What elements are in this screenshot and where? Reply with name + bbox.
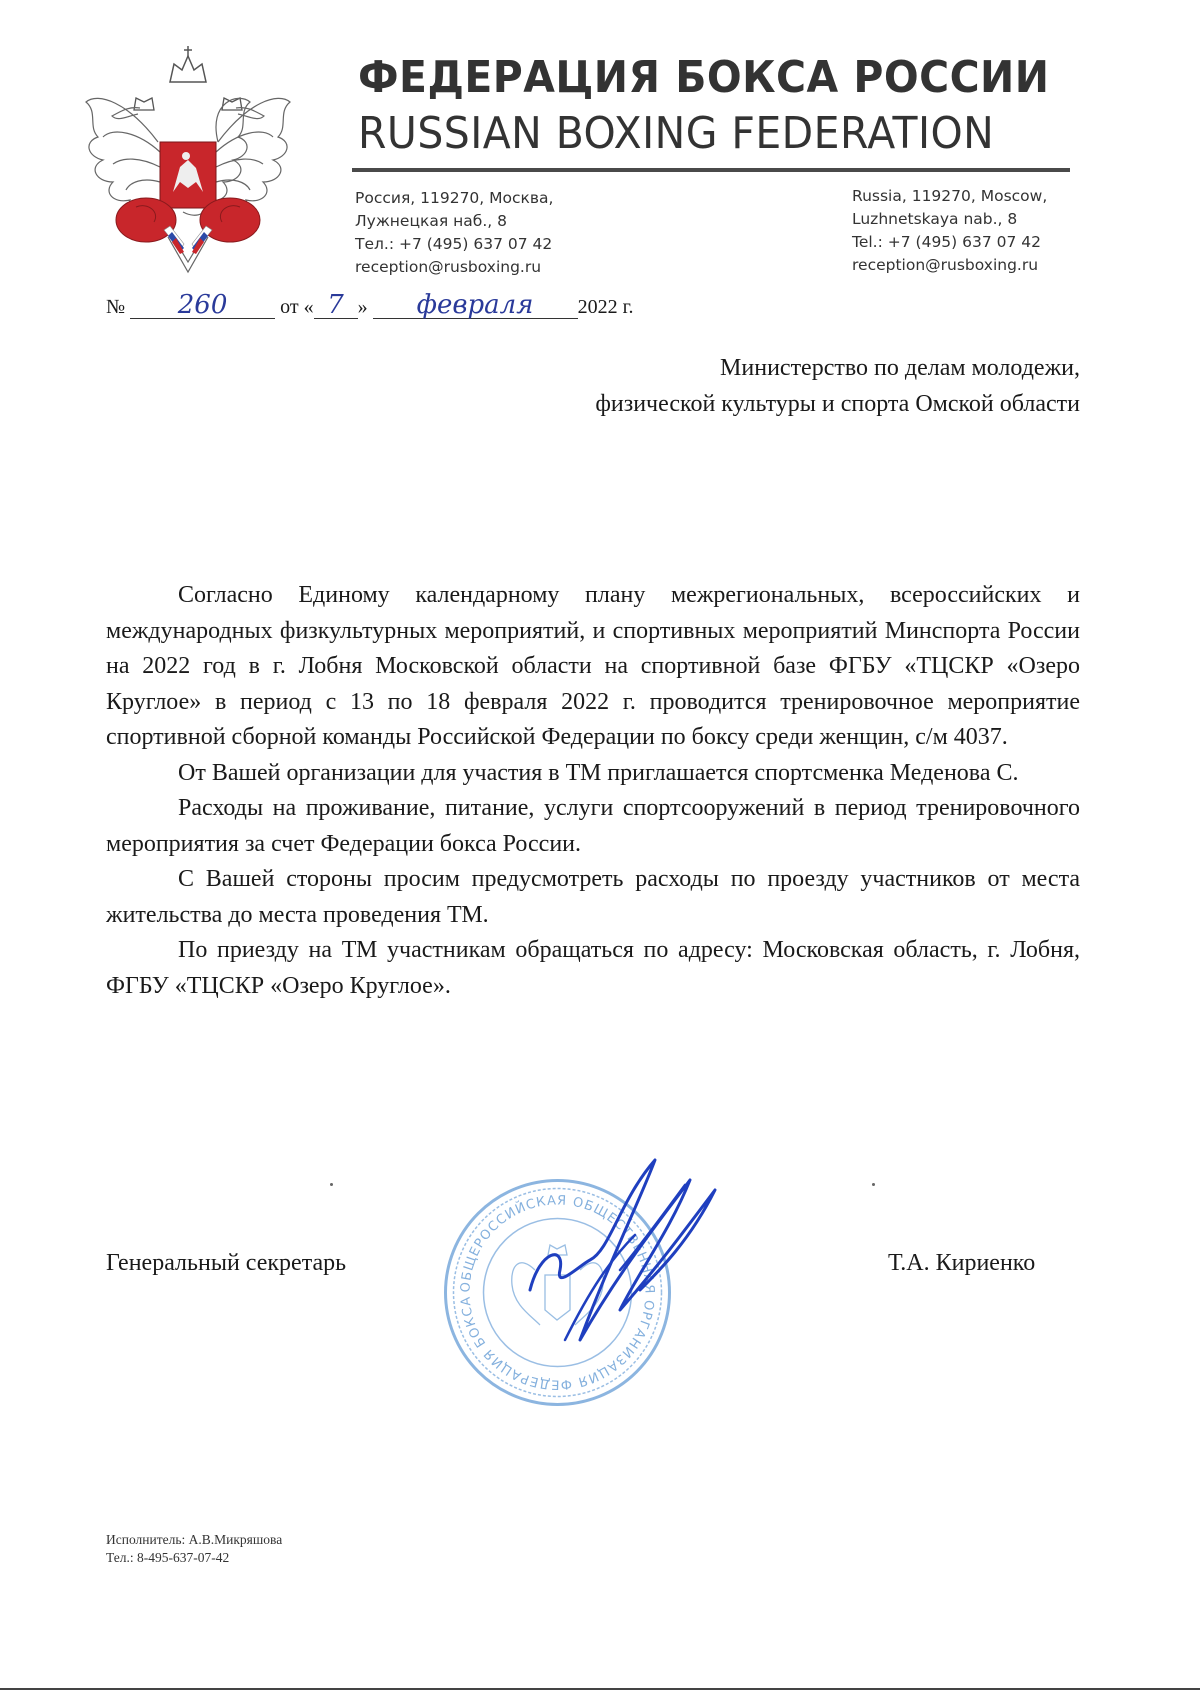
address-en-email: reception@rusboxing.ru: [852, 254, 1047, 277]
double-headed-eagle-boxing-emblem-icon: [68, 42, 308, 277]
address-ru: Россия, 119270, Москва, Лужнецкая наб., …: [355, 187, 553, 279]
month-field: февраля: [373, 298, 578, 319]
header-divider: [352, 168, 1070, 172]
body-paragraph: Согласно Единому календарному плану межр…: [106, 578, 1080, 756]
address-en: Russia, 119270, Moscow, Luzhnetskaya nab…: [852, 185, 1047, 277]
from-label: от «: [280, 296, 313, 318]
day-close: »: [358, 296, 368, 318]
address-ru-phone: Тел.: +7 (495) 637 07 42: [355, 233, 553, 256]
number-value: 260: [130, 290, 275, 320]
addressee: Министерство по делам молодежи, физическ…: [595, 350, 1080, 422]
federation-emblem: [68, 42, 308, 277]
executor-phone: Тел.: 8-495-637-07-42: [106, 1549, 282, 1567]
number-label: №: [106, 296, 125, 318]
day-field: 7: [314, 298, 358, 319]
org-name-ru: ФЕДЕРАЦИЯ БОКСА РОССИИ: [358, 52, 1049, 103]
executor-info: Исполнитель: А.В.Микряшова Тел.: 8-495-6…: [106, 1531, 282, 1567]
letter-body: Согласно Единому календарному плану межр…: [106, 578, 1080, 1004]
addressee-line1: Министерство по делам молодежи,: [595, 350, 1080, 386]
addressee-line2: физической культуры и спорта Омской обла…: [595, 386, 1080, 422]
body-paragraph: От Вашей организации для участия в ТМ пр…: [106, 756, 1080, 792]
signatory-name: Т.А. Кириенко: [888, 1250, 1035, 1277]
number-field: 260: [130, 298, 275, 319]
address-ru-line1: Россия, 119270, Москва,: [355, 187, 553, 210]
body-paragraph: Расходы на проживание, питание, услуги с…: [106, 791, 1080, 862]
scan-speck: [330, 1183, 333, 1186]
scan-edge-line: [0, 1688, 1200, 1690]
executor-name: Исполнитель: А.В.Микряшова: [106, 1531, 282, 1549]
address-ru-email: reception@rusboxing.ru: [355, 256, 553, 279]
address-ru-line2: Лужнецкая наб., 8: [355, 210, 553, 233]
address-en-line1: Russia, 119270, Moscow,: [852, 185, 1047, 208]
signature-scribble-icon: [470, 1140, 750, 1370]
body-paragraph: По приезду на ТМ участникам обращаться п…: [106, 933, 1080, 1004]
registration-line: № 260 от « 7 » февраля 2022 г.: [106, 296, 634, 319]
body-paragraph: С Вашей стороны просим предусмотреть рас…: [106, 862, 1080, 933]
scan-speck: [872, 1183, 875, 1186]
address-en-phone: Tel.: +7 (495) 637 07 42: [852, 231, 1047, 254]
address-en-line2: Luzhnetskaya nab., 8: [852, 208, 1047, 231]
year-suffix: 2022 г.: [578, 296, 634, 318]
org-name-en: RUSSIAN BOXING FEDERATION: [358, 108, 994, 159]
month-value: февраля: [373, 290, 578, 320]
handwritten-signature: [470, 1140, 750, 1370]
day-value: 7: [314, 290, 358, 320]
signatory-position: Генеральный секретарь: [106, 1250, 346, 1277]
